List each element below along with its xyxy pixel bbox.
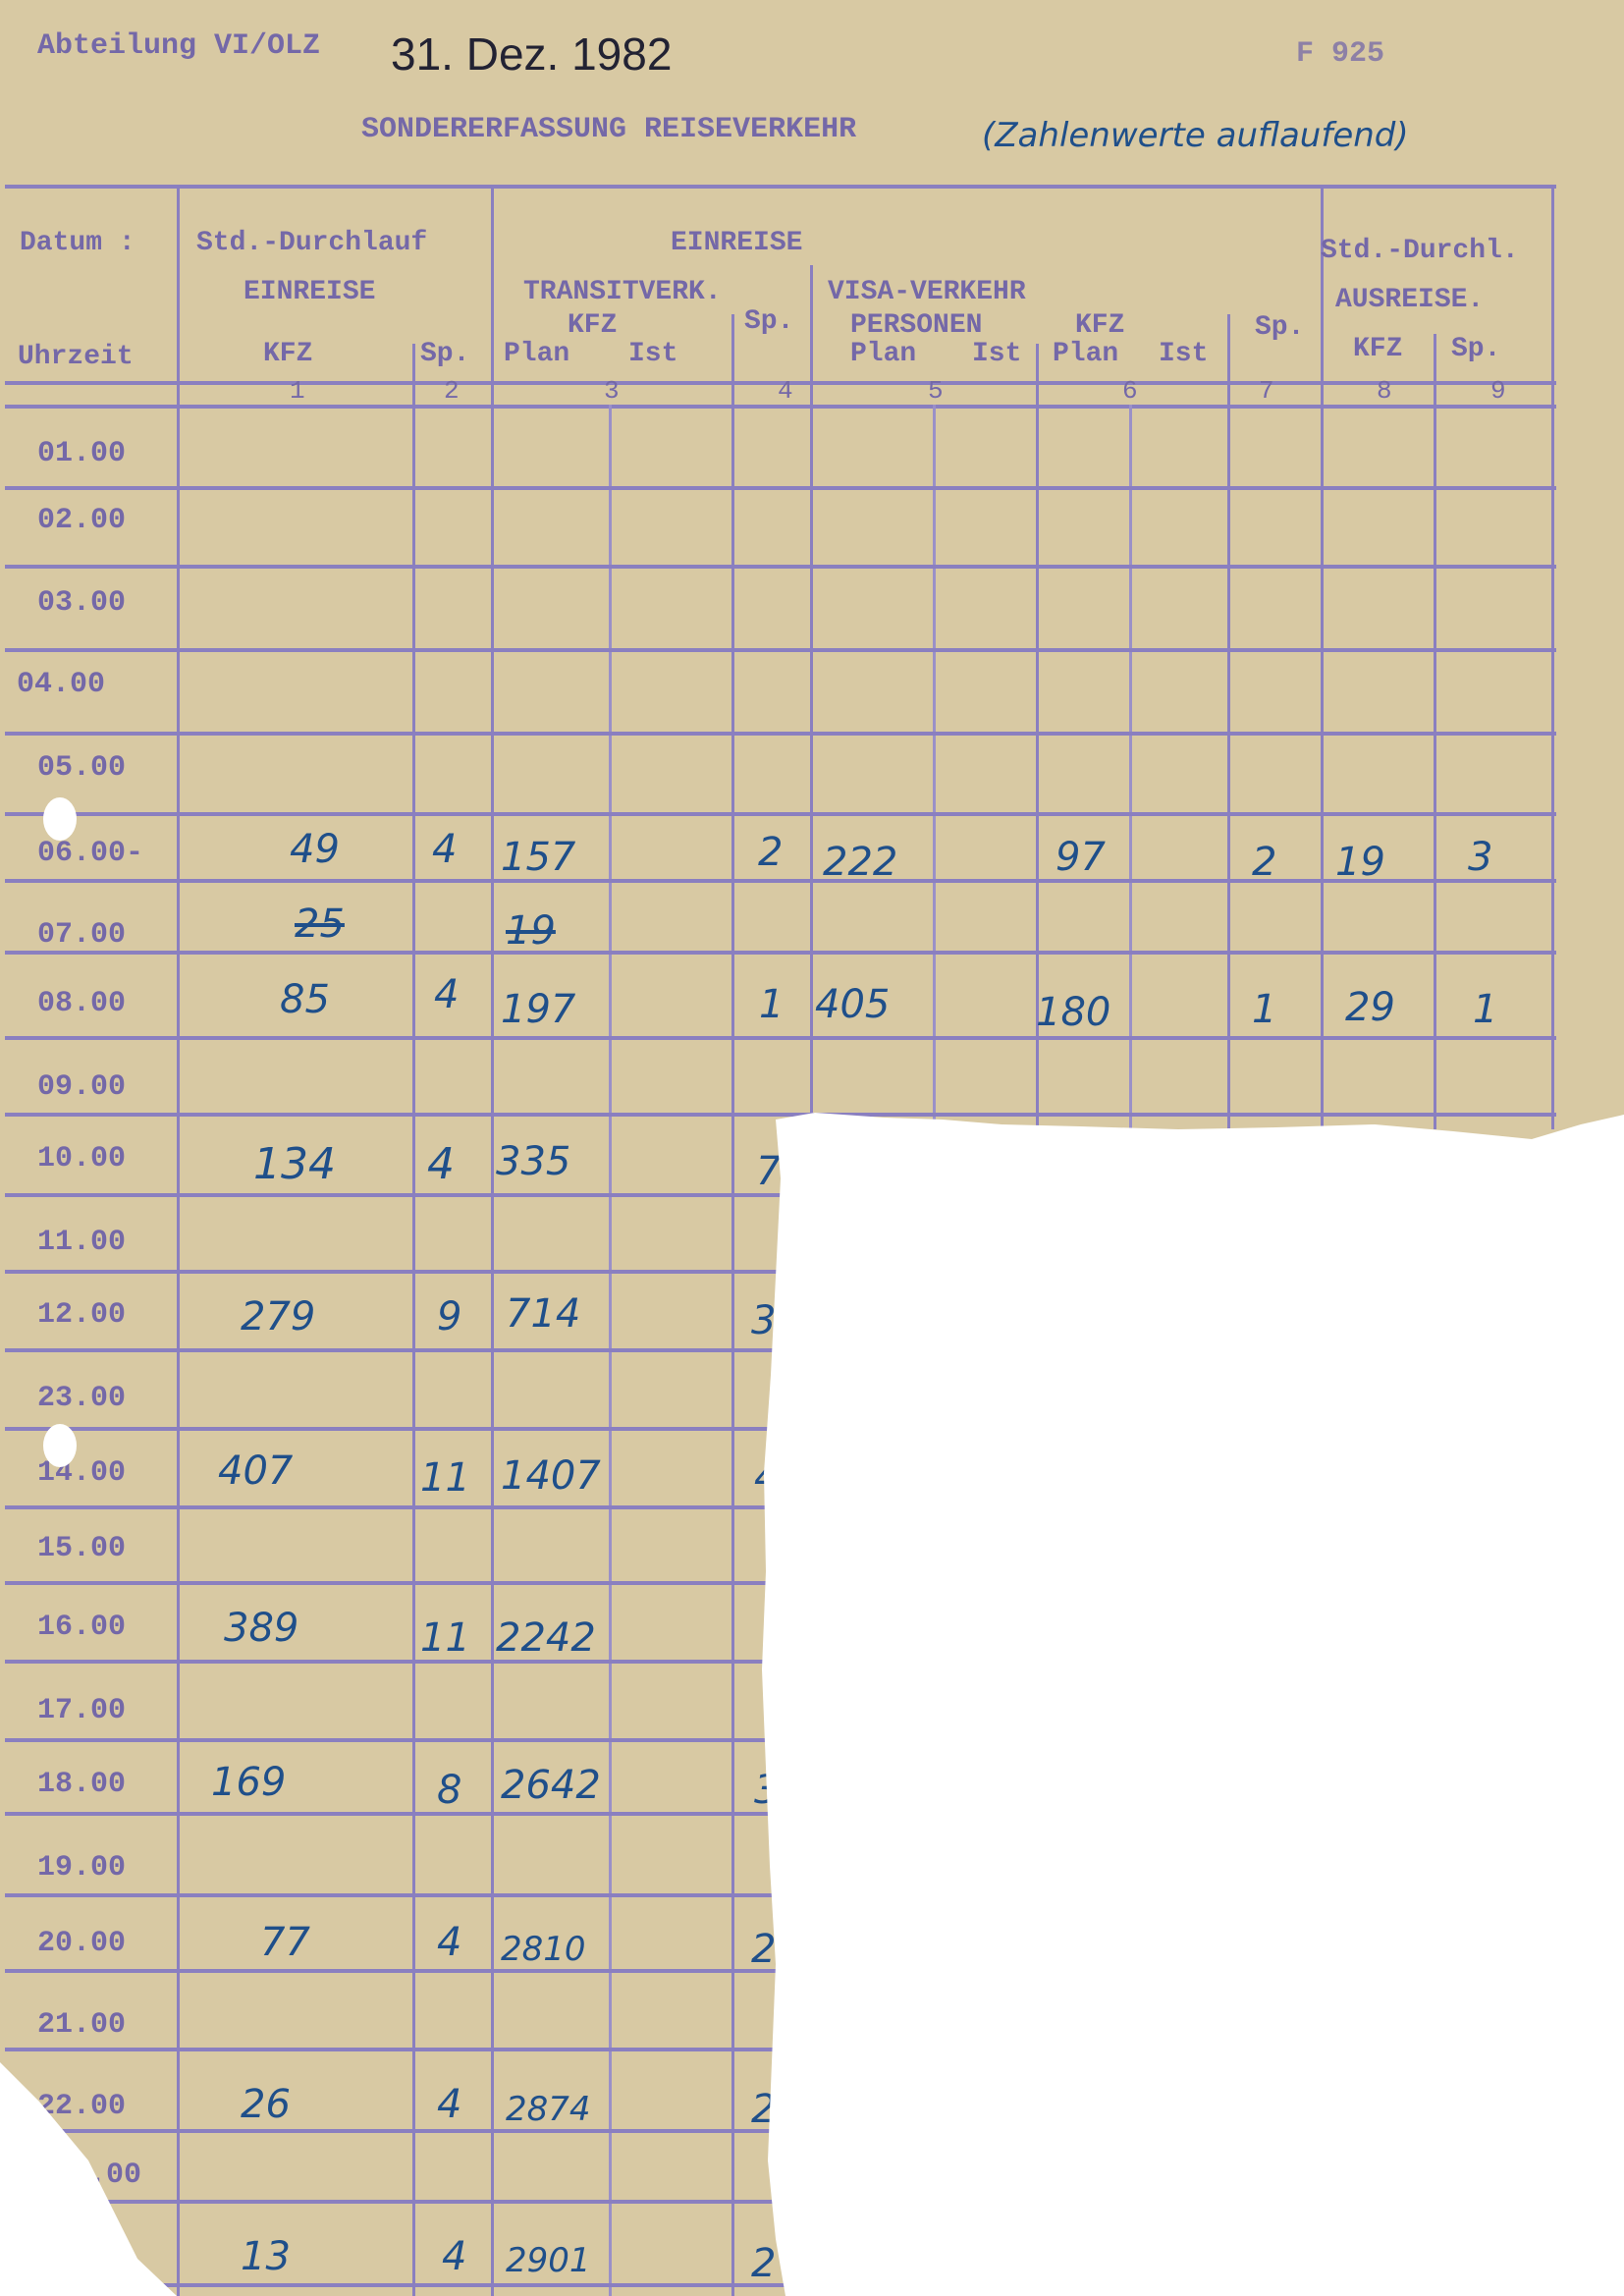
col-divider — [491, 185, 494, 2296]
cell-c3-plan: 2810 — [501, 1930, 586, 1969]
row-divider — [5, 486, 1556, 490]
row-divider — [5, 1113, 1556, 1117]
col-number-2: 2 — [444, 376, 460, 406]
cell-c6-plan: 180 — [1036, 990, 1110, 1035]
visa-kfz-label: KFZ — [1075, 310, 1124, 341]
row-divider — [5, 2048, 790, 2051]
col-divider — [1129, 405, 1132, 1131]
row-divider — [5, 1193, 790, 1197]
cell-c4: 2 — [758, 830, 783, 875]
row-time: 03.00 — [37, 586, 126, 620]
row-divider — [5, 951, 1556, 955]
col-divider — [933, 405, 936, 1131]
row-divider — [5, 1738, 790, 1742]
col-divider — [1227, 314, 1230, 1129]
row-divider — [5, 879, 1556, 883]
cell-c4: 7 — [756, 1149, 781, 1194]
row-divider — [5, 1969, 790, 1973]
row-time: 18.00 — [37, 1768, 126, 1801]
sp-col2-label: Sp. — [420, 339, 469, 369]
cell-c2: 4 — [434, 972, 459, 1017]
col-divider — [177, 185, 180, 2296]
sp-col7-label: Sp. — [1255, 312, 1304, 343]
row-divider — [5, 1036, 1556, 1040]
row-divider — [5, 1812, 790, 1816]
row-divider — [5, 2200, 790, 2204]
cell-c8: 29 — [1345, 985, 1395, 1030]
cell-c2: 4 — [432, 827, 457, 872]
sp-col9-label: Sp. — [1451, 334, 1500, 364]
cell-c1: 389 — [224, 1606, 298, 1651]
row-time: 12.00 — [37, 1298, 126, 1332]
cell-c2: 4 — [437, 2082, 461, 2127]
department-label: Abteilung VI/OLZ — [37, 29, 320, 63]
row-time: 05.00 — [37, 751, 126, 785]
col-number-4: 4 — [778, 376, 793, 406]
cell-c3-plan: 2901 — [506, 2241, 591, 2280]
visa-kfz-plan-label: Plan — [1053, 339, 1118, 369]
col-divider — [731, 314, 734, 2296]
col-number-7: 7 — [1259, 376, 1274, 406]
cell-c3-plan: 157 — [501, 835, 575, 880]
row-time: 07.00 — [37, 918, 126, 952]
cell-c3-plan-struck: 19 — [506, 908, 556, 954]
transitverk-label: TRANSITVERK. — [523, 277, 722, 307]
cell-c2: 11 — [420, 1615, 470, 1661]
row-divider — [5, 1505, 790, 1509]
row-time: 10.00 — [37, 1142, 126, 1175]
row-divider — [5, 1581, 790, 1585]
col-number-8: 8 — [1377, 376, 1392, 406]
cell-c3-plan: 197 — [501, 987, 575, 1032]
datum-label: Datum : — [20, 228, 135, 258]
col-divider — [1321, 185, 1324, 1129]
row-time: 15.00 — [37, 1532, 126, 1565]
row-time: 19.00 — [37, 1851, 126, 1885]
cell-c3-plan: 2874 — [506, 2090, 591, 2129]
einreise-main-label: EINREISE — [671, 228, 802, 258]
cell-c1: 134 — [253, 1139, 336, 1189]
row-time: 23.00 — [37, 1382, 126, 1415]
kfz-col8-label: KFZ — [1353, 334, 1402, 364]
row-time: 09.00 — [37, 1070, 126, 1104]
cell-c1: 13 — [241, 2234, 291, 2279]
row-time: 06.00- — [37, 837, 143, 870]
personen-label: PERSONEN — [850, 310, 982, 341]
row-time: 01.00 — [37, 437, 126, 470]
cell-c1: 77 — [260, 1920, 310, 1965]
cell-c9: 3 — [1468, 835, 1492, 880]
row-divider — [5, 1660, 790, 1664]
row-time: 02.00 — [37, 504, 126, 537]
cell-c4: 2 — [751, 1927, 776, 1972]
personen-plan-label: Plan — [850, 339, 916, 369]
row-time: 11.00 — [37, 1226, 126, 1259]
col-number-1: 1 — [290, 376, 305, 406]
row-time: 04.00 — [17, 668, 105, 701]
cell-c9: 1 — [1473, 987, 1497, 1032]
cell-c8: 19 — [1335, 840, 1385, 885]
row-divider — [5, 1270, 790, 1274]
transit-kfz-label: KFZ — [568, 310, 617, 341]
row-time: 08.00 — [37, 987, 126, 1020]
row-divider — [5, 648, 1556, 652]
cell-c2: 4 — [427, 1139, 455, 1189]
cell-c3-plan: 2642 — [501, 1763, 601, 1808]
row-time: 16.00 — [37, 1611, 126, 1644]
cell-c1: 85 — [280, 977, 330, 1022]
row-divider — [113, 2283, 790, 2287]
cell-c4: 2 — [751, 2241, 776, 2286]
cell-c3-plan: 335 — [496, 1139, 570, 1184]
ausreise-label: AUSREISE. — [1335, 285, 1484, 315]
col-number-6: 6 — [1122, 376, 1138, 406]
cell-c5-plan: 222 — [823, 840, 897, 885]
cell-c1: 279 — [241, 1294, 315, 1339]
cell-c7: 1 — [1252, 987, 1276, 1032]
cell-c3-plan: 2242 — [496, 1615, 596, 1661]
row-time: 17.00 — [37, 1694, 126, 1727]
col-number-3: 3 — [604, 376, 620, 406]
handwritten-note: (Zahlenwerte auflaufend) — [982, 116, 1409, 155]
date-stamp: 31. Dez. 1982 — [391, 27, 672, 81]
form-title: SONDERERFASSUNG REISEVERKEHR — [361, 113, 856, 146]
col-divider — [412, 344, 415, 2296]
cell-c7: 2 — [1252, 840, 1276, 885]
kfz-col1-label: KFZ — [263, 339, 312, 369]
punch-hole — [43, 797, 77, 841]
col-number-5: 5 — [928, 376, 944, 406]
cell-c1-struck: 25 — [295, 902, 345, 947]
cell-c6-plan: 97 — [1056, 835, 1106, 880]
form-number: F 925 — [1296, 37, 1384, 71]
cell-c1: 49 — [290, 827, 340, 872]
row-divider — [5, 2129, 790, 2133]
visa-verkehr-label: VISA-VERKEHR — [828, 277, 1026, 307]
col-number-9: 9 — [1490, 376, 1506, 406]
cell-c2: 11 — [420, 1455, 470, 1501]
row-divider — [5, 812, 1556, 816]
einreise-sub-label: EINREISE — [244, 277, 375, 307]
std-durchlauf-label: Std.-Durchlauf — [196, 228, 427, 258]
cell-c1: 26 — [241, 2082, 291, 2127]
row-time: 21.00 — [37, 2008, 126, 2042]
row-divider — [5, 732, 1556, 736]
punch-hole — [43, 1424, 77, 1467]
cell-c3-plan: 714 — [506, 1291, 580, 1337]
cell-c2: 4 — [437, 1920, 461, 1965]
cell-c4: 1 — [759, 982, 784, 1027]
table-right-border — [1551, 187, 1554, 1129]
transit-ist-label: Ist — [628, 339, 677, 369]
row-divider — [5, 565, 1556, 569]
cell-c2: 8 — [437, 1768, 461, 1813]
visa-kfz-ist-label: Ist — [1159, 339, 1208, 369]
row-divider — [5, 1427, 790, 1431]
cell-c5-plan: 405 — [815, 982, 890, 1027]
cell-c1: 407 — [218, 1449, 293, 1494]
row-divider — [5, 1893, 790, 1897]
cell-c2: 4 — [442, 2234, 466, 2279]
personen-ist-label: Ist — [972, 339, 1021, 369]
sp-col4-label: Sp. — [744, 306, 793, 337]
cell-c4: 3 — [751, 1298, 776, 1343]
cell-c3-plan: 1407 — [501, 1453, 601, 1499]
uhrzeit-label: Uhrzeit — [18, 342, 134, 372]
row-divider — [5, 1348, 790, 1352]
cell-c1: 169 — [211, 1760, 286, 1805]
transit-plan-label: Plan — [504, 339, 569, 369]
std-durchl-label: Std.-Durchl. — [1321, 236, 1519, 266]
table-top-border — [5, 185, 1556, 189]
row-time: 20.00 — [37, 1927, 126, 1960]
cell-c2: 9 — [437, 1294, 461, 1339]
